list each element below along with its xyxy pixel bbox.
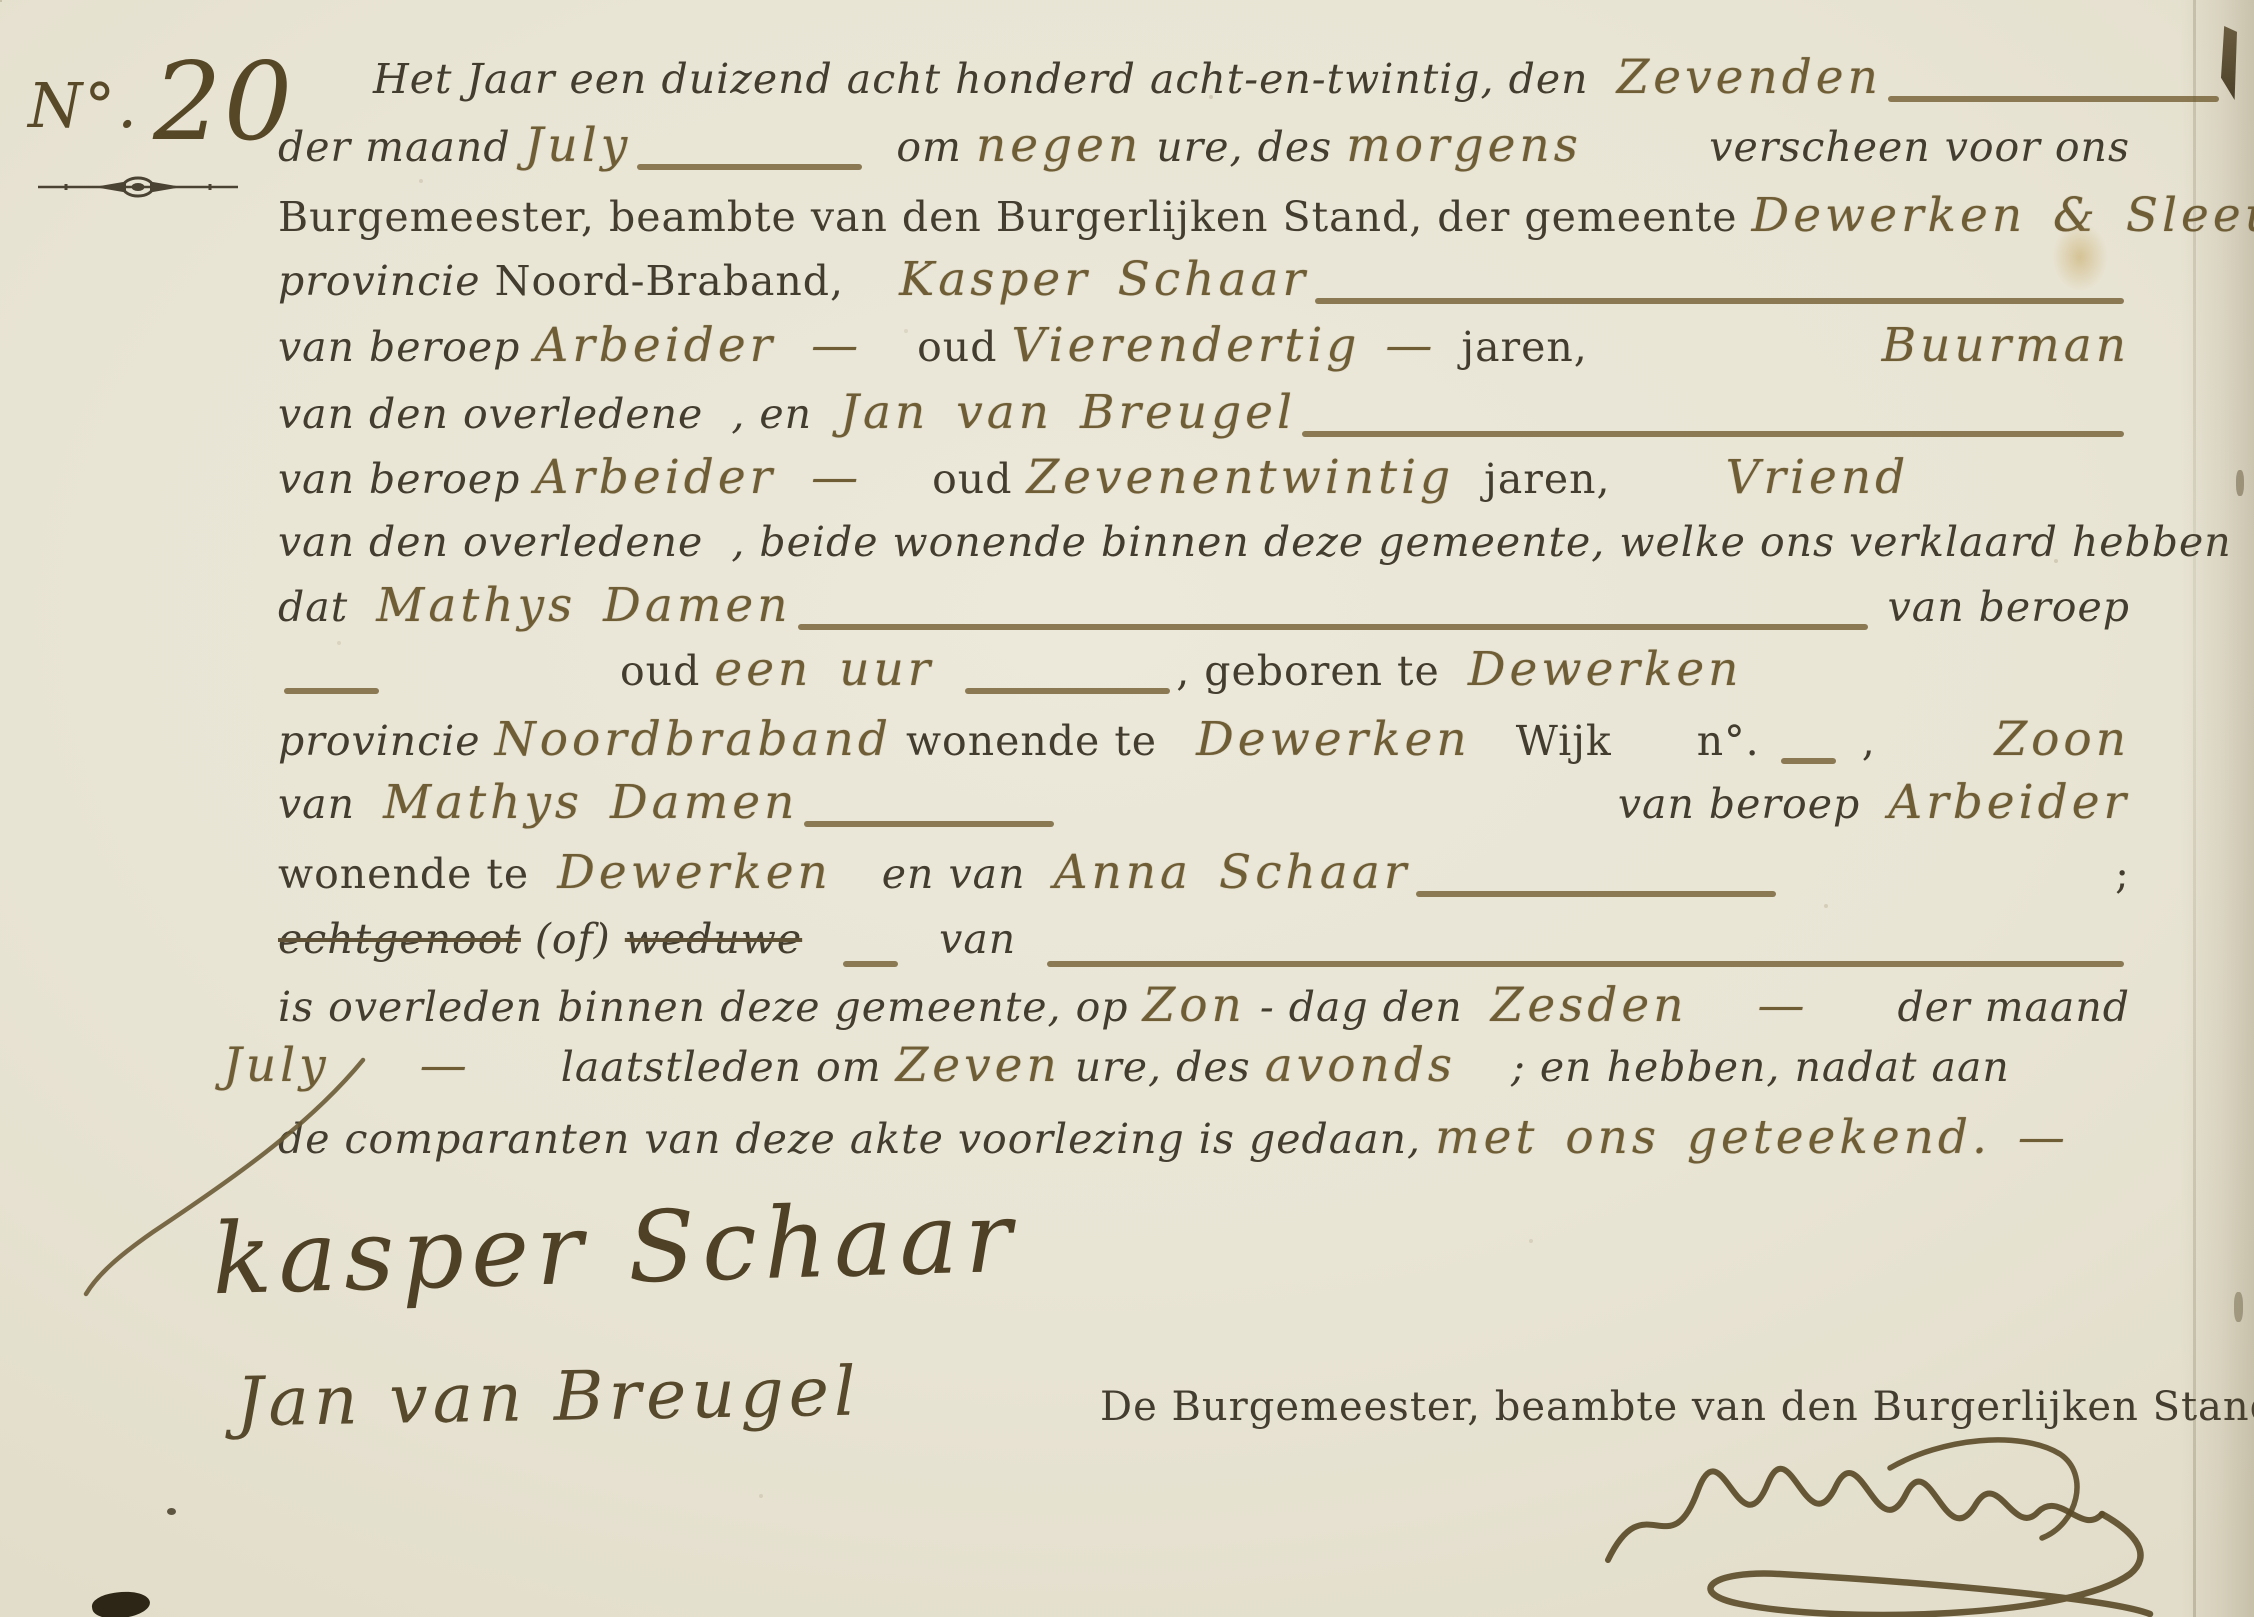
blank-space (1456, 1080, 1511, 1081)
printed-text: (of) (521, 915, 625, 963)
handwritten-entry: Noordbraband (495, 712, 892, 767)
inked-blank-line (284, 688, 379, 694)
printed-text: provincie (278, 717, 495, 765)
printed-text: echtgenoot (278, 915, 521, 963)
printed-text: dat (278, 583, 376, 631)
blank-space (844, 294, 899, 295)
printed-text: weduwe (625, 915, 802, 963)
handwritten-entry: — (1757, 978, 1808, 1033)
edge-ink-mark (2236, 470, 2244, 496)
printed-text: van (278, 780, 383, 828)
blank-space (1436, 360, 1461, 361)
handwritten-entry: Arbeider (1888, 775, 2130, 830)
ink-blot (90, 1588, 151, 1617)
handwritten-entry: Dewerken & Sleeuwyk (1752, 188, 2254, 243)
act-line-6: van den overledene , en Jan van Breugel (278, 385, 2130, 451)
official-signature (1590, 1428, 2170, 1617)
paper-stain (2052, 222, 2108, 292)
act-line-11: provincie Noordbraband wonende te Dewerk… (278, 712, 2130, 778)
blank-space (385, 684, 620, 685)
handwritten-entry: — (811, 450, 862, 505)
act-line-5: van beroep Arbeider—oud Vierendertig—jar… (278, 318, 2130, 384)
handwritten-entry: — (811, 318, 862, 373)
blank-space (862, 360, 917, 361)
blank-space (934, 684, 959, 685)
blank-space (802, 952, 837, 953)
inked-blank-line (965, 688, 1170, 694)
blank-space (471, 1080, 561, 1081)
ornament-divider (36, 172, 240, 202)
printed-text: jaren, (1461, 323, 1587, 371)
printed-text: van (939, 915, 1016, 963)
handwritten-entry: negen (976, 118, 1142, 173)
printed-text: - dag den (1246, 983, 1491, 1031)
handwritten-entry: Mathys Damen (383, 775, 798, 830)
act-line-12: van Mathys Damenvan beroep Arbeider (278, 775, 2130, 841)
page-edge-shadow (2180, 0, 2254, 1617)
printed-text: Wijk (1516, 717, 1612, 765)
inked-blank-line (1047, 961, 2124, 967)
act-line-9: dat Mathys Damen van beroep (278, 578, 2130, 644)
blank-space (1582, 160, 1709, 161)
printed-text: oud (917, 323, 1011, 371)
blank-space (1808, 1020, 1897, 1021)
act-line-7: van beroep Arbeider—oud Zevenentwintigja… (278, 450, 2130, 516)
blank-space (776, 360, 811, 361)
printed-text: oud (932, 455, 1026, 503)
inked-blank-line (1781, 758, 1836, 764)
act-number-value: 20 (139, 40, 294, 165)
signature-witness-1: kasper Schaar (211, 1181, 1021, 1317)
printed-text: van beroep (1874, 583, 2130, 631)
inked-blank-line (1315, 298, 2124, 304)
inked-blank-line (637, 164, 862, 170)
handwritten-entry: Zesden (1491, 978, 1688, 1033)
printed-text: van beroep (1618, 780, 1888, 828)
act-line-4: provincie Noord-Braband,Kasper Schaar (278, 252, 2130, 318)
handwritten-entry: morgens (1346, 118, 1582, 173)
handwritten-entry: Dewerken (557, 845, 832, 900)
printed-text: verscheen voor ons (1709, 123, 2130, 171)
handwritten-entry: een uur (714, 642, 934, 697)
printed-text: oud (620, 647, 714, 695)
inked-blank-line (798, 624, 1868, 630)
handwritten-entry: — (420, 1038, 471, 1093)
blank-space (1360, 360, 1385, 361)
blank-space (1588, 360, 1882, 361)
printed-text: ; en hebben, nadat aan (1511, 1043, 2010, 1091)
act-line-15: is overleden binnen deze gemeente, op Zo… (278, 978, 2130, 1044)
printed-text: Noord-Braband, (495, 257, 845, 305)
blank-space (1016, 952, 1041, 953)
blank-space (1171, 754, 1196, 755)
act-line-10: oud een uur, geboren te Dewerken (278, 642, 2130, 708)
printed-text: wonende te (278, 850, 557, 898)
handwritten-entry: Buurman (1882, 318, 2130, 373)
handwritten-entry: Vierendertig (1011, 318, 1360, 373)
printed-text: laatstleden om (561, 1043, 896, 1091)
printed-text: de comparanten van deze akte voorlezing … (278, 1115, 1435, 1163)
handwritten-entry: Zevenentwintig (1026, 450, 1454, 505)
handwritten-entry: Arbeider (534, 318, 776, 373)
printed-text: Het Jaar een duizend acht honderd acht-e… (373, 55, 1617, 103)
act-line-17: de comparanten van deze akte voorlezing … (278, 1110, 2130, 1176)
printed-text: van beroep (278, 323, 534, 371)
handwritten-entry: Jan van Breugel (840, 385, 1296, 440)
handwritten-entry: met ons geteekend. — (1435, 1110, 2069, 1165)
blank-space (1060, 817, 1618, 818)
inked-blank-line (1416, 891, 1776, 897)
printed-text: ; (2115, 850, 2130, 898)
printed-text: n°. (1697, 717, 1760, 765)
act-line-2: der maand July om negen ure, des morgens… (278, 118, 2130, 184)
act-number: N°.20 (28, 40, 294, 165)
blank-space (1760, 754, 1775, 755)
printed-text: der maand (1897, 983, 2130, 1031)
handwritten-entry: Zevenden (1617, 50, 1882, 105)
handwritten-entry: July (525, 118, 632, 173)
act-line-13: wonende te Dewerkenen van Anna Schaar; (278, 845, 2130, 911)
printed-text: , geboren te (1176, 647, 1468, 695)
blank-space (1471, 754, 1516, 755)
handwritten-entry: avonds (1265, 1038, 1456, 1093)
handwritten-entry: — (1385, 318, 1436, 373)
handwritten-entry: Zeven (896, 1038, 1061, 1093)
blank-space (832, 887, 882, 888)
printed-text: , (1862, 717, 1876, 765)
inked-blank-line (843, 961, 898, 967)
blank-space (1454, 492, 1484, 493)
official-title: De Burgemeester, beambte van den Burgerl… (1100, 1384, 2254, 1430)
printed-text: provincie (278, 257, 495, 305)
death-certificate-page: N°.20 Het Jaar een duizend acht honderd … (0, 0, 2254, 1617)
handwritten-entry: Anna Schaar (1054, 845, 1411, 900)
inked-blank-line (1888, 96, 2219, 102)
act-line-1: Het Jaar een duizend acht honderd acht-e… (278, 50, 2225, 116)
printed-text: en van (882, 850, 1054, 898)
blank-space (862, 492, 932, 493)
blank-space (1782, 887, 2115, 888)
handwritten-entry: Dewerken (1196, 712, 1471, 767)
edge-ink-mark (2234, 1292, 2243, 1322)
blank-space (1876, 754, 1995, 755)
printed-text: is overleden binnen deze gemeente, op (278, 983, 1143, 1031)
handwritten-entry: Mathys Damen (376, 578, 791, 633)
act-line-16: July—laatstleden om Zeven ure, des avond… (223, 1038, 2075, 1104)
blank-space (1612, 754, 1697, 755)
printed-text: der maand (278, 123, 525, 171)
act-line-3: Burgemeester, beambte van den Burgerlijk… (278, 188, 2130, 254)
act-number-label: N°. (28, 69, 139, 142)
handwritten-entry: Arbeider (534, 450, 776, 505)
signature-witness-2: Jan van Breugel (235, 1353, 861, 1443)
act-line-8: van den overledene , beide wonende binne… (278, 518, 2130, 584)
printed-text: van den overledene , en (278, 390, 840, 438)
act-line-14: echtgenoot (of) weduwevan (278, 915, 2130, 981)
blank-space (1842, 754, 1862, 755)
blank-space (776, 492, 811, 493)
inked-blank-line (1302, 431, 2124, 437)
handwritten-entry: Vriend (1726, 450, 1910, 505)
handwritten-entry: Zoon (1994, 712, 2130, 767)
handwritten-entry: Dewerken (1468, 642, 1743, 697)
printed-text: van den overledene , beide wonende binne… (278, 518, 2232, 566)
blank-space (904, 952, 939, 953)
printed-text: om (868, 123, 976, 171)
printed-text: wonende te (892, 717, 1171, 765)
printed-text: jaren, (1484, 455, 1610, 503)
printed-text: ure, des (1142, 123, 1346, 171)
handwritten-entry: Zon (1143, 978, 1246, 1033)
blank-space (1611, 492, 1726, 493)
ink-speck (167, 1508, 176, 1515)
printed-text: ure, des (1061, 1043, 1265, 1091)
page-fold-line (2193, 0, 2196, 1617)
handwritten-entry: Kasper Schaar (899, 252, 1309, 307)
printed-text: Burgemeester, beambte van den Burgerlijk… (278, 193, 1752, 241)
inked-blank-line (804, 821, 1054, 827)
paper-speckles (0, 0, 2, 2)
blank-space (1687, 1020, 1757, 1021)
printed-text: van beroep (278, 455, 534, 503)
